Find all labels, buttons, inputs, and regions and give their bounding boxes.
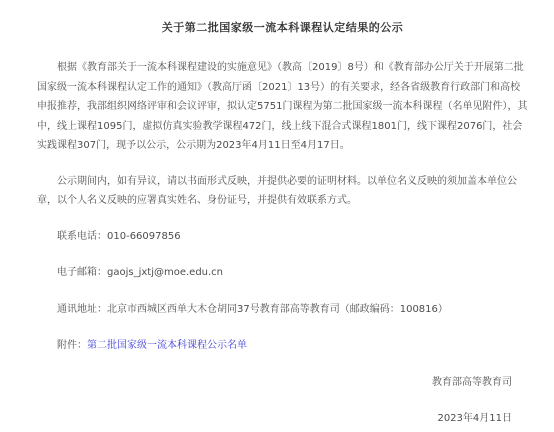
attachment-link[interactable]: 第二批国家级一流本科课程公示名单 xyxy=(87,340,247,351)
paragraph-intro: 根据《教育部关于一流本科课程建设的实施意见》（教高〔2019〕8号）和《教育部办… xyxy=(37,58,528,156)
announcement-page: 关于第二批国家级一流本科课程认定结果的公示 根据《教育部关于一流本科课程建设的实… xyxy=(0,0,554,432)
contact-phone-line: 联系电话：010-66097856 xyxy=(37,227,528,247)
contact-address-label: 通讯地址： xyxy=(57,304,107,315)
attachment-line: 附件：第二批国家级一流本科课程公示名单 xyxy=(37,336,528,356)
contact-email-label: 电子邮箱： xyxy=(57,267,107,278)
signature-date: 2023年4月11日 xyxy=(37,409,528,429)
contact-phone-value: 010-66097856 xyxy=(107,231,181,242)
contact-address-line: 通讯地址：北京市西城区西单大木仓胡同37号教育部高等教育司（邮政编码：10081… xyxy=(37,300,528,320)
contact-phone-label: 联系电话： xyxy=(57,231,107,242)
contact-email-line: 电子邮箱：gaojs_jxtj@moe.edu.cn xyxy=(37,263,528,283)
signature-department: 教育部高等教育司 xyxy=(37,373,528,393)
paragraph-objection: 公示期间内，如有异议，请以书面形式反映，并提供必要的证明材料。以单位名义反映的须… xyxy=(37,172,528,211)
page-title: 关于第二批国家级一流本科课程认定结果的公示 xyxy=(37,21,528,35)
contact-email-value: gaojs_jxtj@moe.edu.cn xyxy=(107,267,223,278)
contact-address-value: 北京市西城区西单大木仓胡同37号教育部高等教育司（邮政编码：100816） xyxy=(107,304,448,315)
attachment-label: 附件： xyxy=(57,340,87,351)
